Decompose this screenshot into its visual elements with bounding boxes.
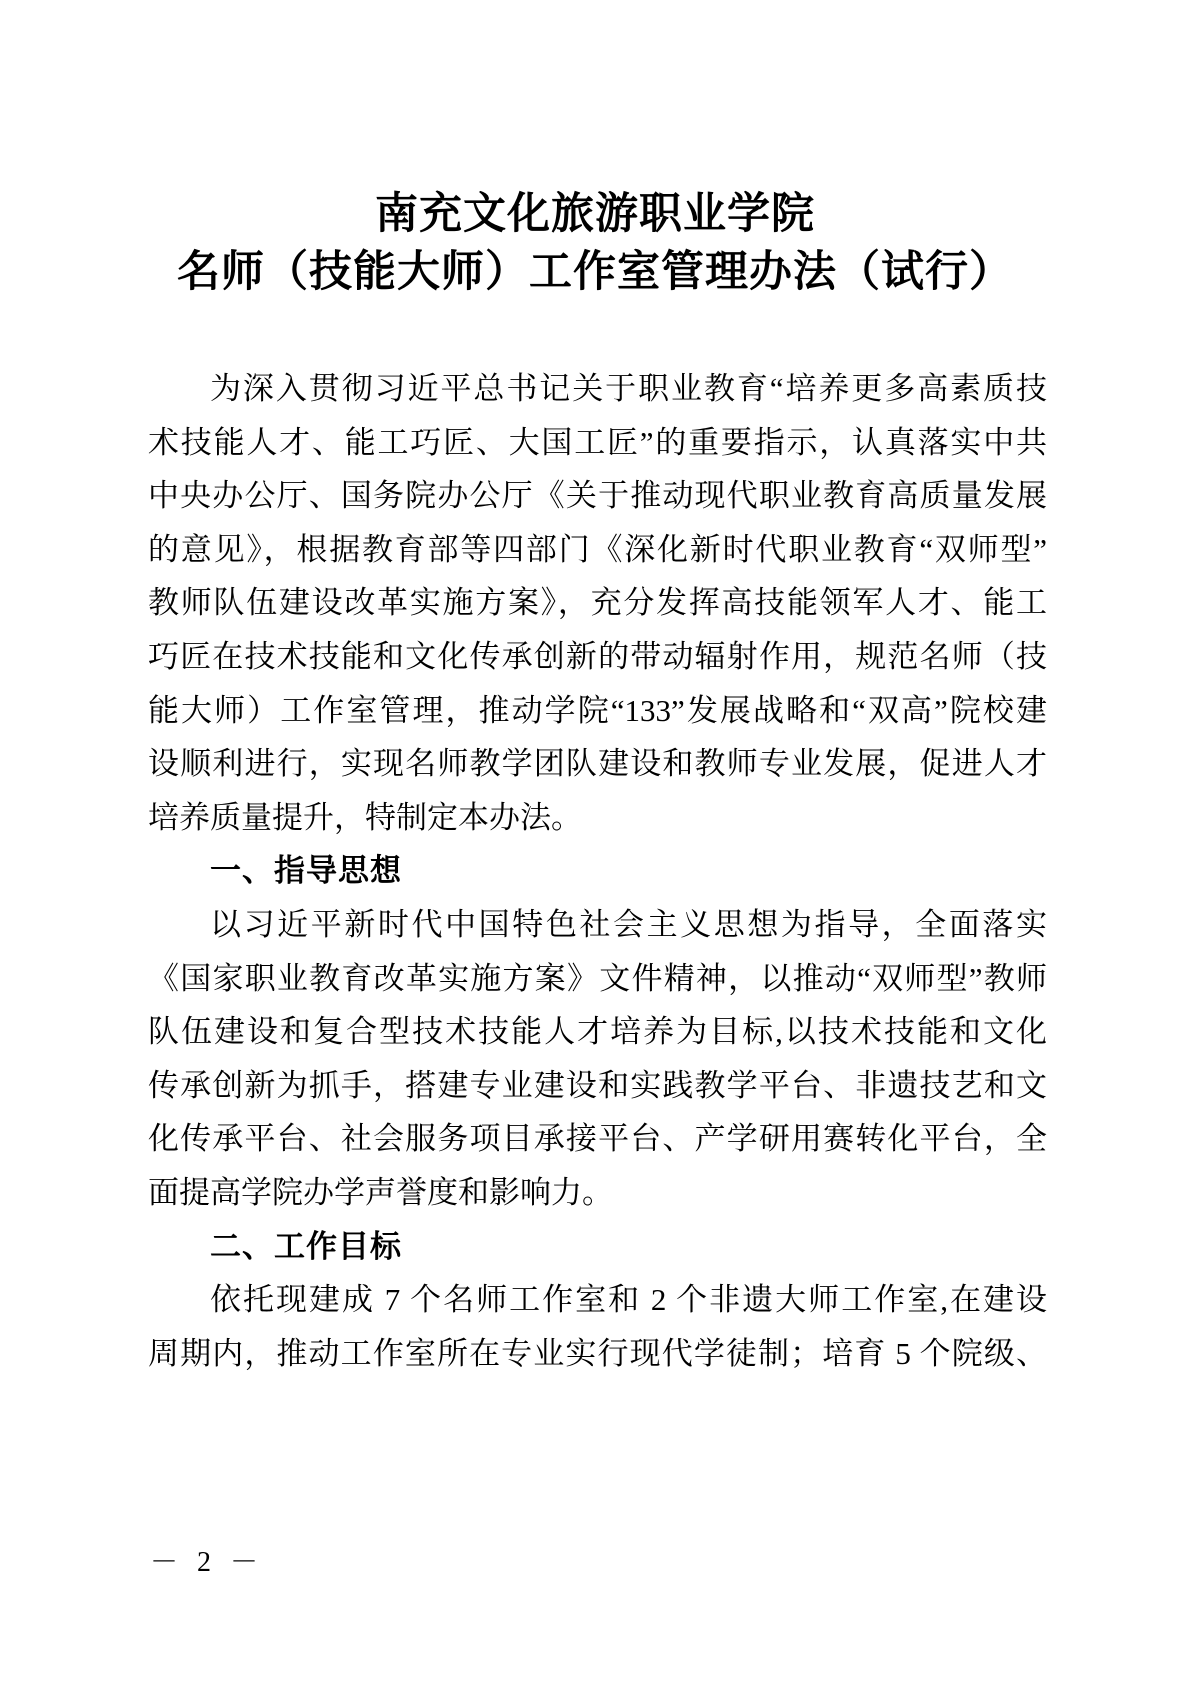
section-heading-2: 二、工作目标 bbox=[148, 1220, 1047, 1274]
document-page: 南充文化旅游职业学院 名师（技能大师）工作室管理办法（试行） 为深入贯彻习近平总… bbox=[0, 0, 1190, 1683]
section-heading-1: 一、指导思想 bbox=[148, 844, 1047, 898]
page-number: － 2 － bbox=[150, 1540, 264, 1580]
paragraph-line: 以习近平新时代中国特色社会主义思想为指导，全面落实 bbox=[148, 898, 1047, 952]
paragraph-line: 术技能人才、能工巧匠、大国工匠”的重要指示，认真落实中共 bbox=[148, 416, 1047, 470]
paragraph-line: 教师队伍建设改革实施方案》，充分发挥高技能领军人才、能工 bbox=[148, 576, 1047, 630]
paragraph-line: 设顺利进行，实现名师教学团队建设和教师专业发展，促进人才 bbox=[148, 737, 1047, 791]
paragraph-line: 的意见》，根据教育部等四部门《深化新时代职业教育“双师型” bbox=[148, 523, 1047, 577]
document-title: 南充文化旅游职业学院 名师（技能大师）工作室管理办法（试行） bbox=[0, 186, 1190, 302]
document-title-line1: 南充文化旅游职业学院 bbox=[0, 186, 1190, 244]
paragraph-line: 能大师）工作室管理，推动学院“133”发展战略和“双高”院校建 bbox=[148, 684, 1047, 738]
paragraph-line: 队伍建设和复合型技术技能人才培养为目标,以技术技能和文化 bbox=[148, 1005, 1047, 1059]
paragraph-line: 中央办公厅、国务院办公厅《关于推动现代职业教育高质量发展 bbox=[148, 469, 1047, 523]
paragraph-line: 传承创新为抓手，搭建专业建设和实践教学平台、非遗技艺和文 bbox=[148, 1059, 1047, 1113]
paragraph-line: 《国家职业教育改革实施方案》文件精神，以推动“双师型”教师 bbox=[148, 952, 1047, 1006]
paragraph-line: 周期内，推动工作室所在专业实行现代学徒制；培育 5 个院级、 bbox=[148, 1327, 1047, 1381]
paragraph-line: 巧匠在技术技能和文化传承创新的带动辐射作用，规范名师（技 bbox=[148, 630, 1047, 684]
paragraph-line: 面提高学院办学声誉度和影响力。 bbox=[148, 1166, 1047, 1220]
document-body: 为深入贯彻习近平总书记关于职业教育“培养更多高素质技 术技能人才、能工巧匠、大国… bbox=[148, 362, 1047, 1380]
paragraph-line: 依托现建成 7 个名师工作室和 2 个非遗大师工作室,在建设 bbox=[148, 1273, 1047, 1327]
paragraph-line: 为深入贯彻习近平总书记关于职业教育“培养更多高素质技 bbox=[148, 362, 1047, 416]
paragraph-line: 化传承平台、社会服务项目承接平台、产学研用赛转化平台，全 bbox=[148, 1112, 1047, 1166]
document-title-line2: 名师（技能大师）工作室管理办法（试行） bbox=[0, 244, 1190, 302]
paragraph-line: 培养质量提升，特制定本办法。 bbox=[148, 791, 1047, 845]
